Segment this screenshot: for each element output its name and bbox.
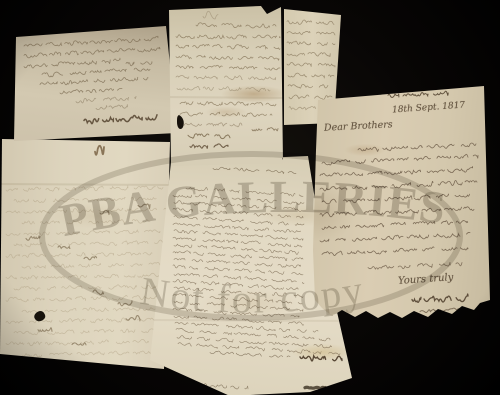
- letter-top-left: [13, 25, 178, 143]
- letter-left: [0, 136, 172, 372]
- handwriting-top-middle-letter: [166, 2, 286, 168]
- photo-of-letters: 18th Sept. 1817 Dear Brothers Yours trul…: [0, 0, 500, 395]
- letter-top-middle: [166, 2, 286, 168]
- letter-right: 18th Sept. 1817 Dear Brothers Yours trul…: [310, 84, 493, 330]
- handwriting-right-letter: [310, 84, 493, 330]
- handwriting-left-letter: [0, 136, 172, 372]
- handwriting-top-left-letter: [13, 25, 178, 143]
